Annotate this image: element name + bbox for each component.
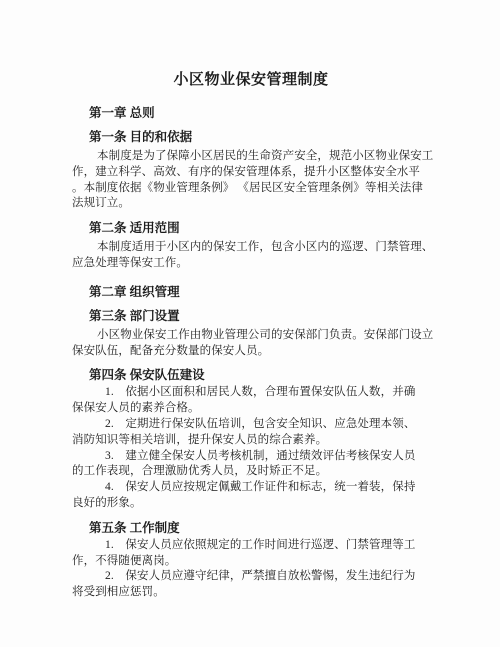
list-item: 4. 保安人员应按规定佩戴工作证件和标志，统一着装，保持 良好的形象。 xyxy=(72,480,430,512)
chapter-2-heading: 第二章 组织管理 xyxy=(89,284,430,300)
article-1-heading: 第一条 目的和依据 xyxy=(89,129,430,145)
list-item: 1. 保安人员应依照规定的工作时间进行巡逻、门禁管理等工 作，不得随便离岗。 xyxy=(72,538,430,570)
article-2-body: 本制度适用于小区内的保安工作，包含小区内的巡逻、门禁管理、 应急处理等保安工作。 xyxy=(72,240,430,272)
list-item: 3. 建立健全保安人员考核机制，通过绩效评估考核保安人员 的工作表现，合理激励优… xyxy=(72,449,430,481)
document-title: 小区物业保安管理制度 xyxy=(72,70,430,91)
document-page: 小区物业保安管理制度 第一章 总则 第一条 目的和依据 本制度是为了保障小区居民… xyxy=(0,0,500,647)
article-5-heading: 第五条 工作制度 xyxy=(89,520,430,536)
list-item: 2. 保安人员应遵守纪律，严禁擅自放松警惕，发生违纪行为 将受到相应惩罚。 xyxy=(72,569,430,601)
article-5-item-list: 1. 保安人员应依照规定的工作时间进行巡逻、门禁管理等工 作，不得随便离岗。 2… xyxy=(72,538,430,601)
article-3-body: 小区物业保安工作由物业管理公司的安保部门负责。安保部门设立 保安队伍，配备充分数… xyxy=(72,328,430,360)
article-2-heading: 第二条 适用范围 xyxy=(89,220,430,236)
chapter-1-heading: 第一章 总则 xyxy=(89,105,430,121)
article-3-heading: 第三条 部门设置 xyxy=(89,308,430,324)
list-item: 1. 依据小区面积和居民人数，合理布置保安队伍人数，并确 保保安人员的素养合格。 xyxy=(72,385,430,417)
article-4-item-list: 1. 依据小区面积和居民人数，合理布置保安队伍人数，并确 保保安人员的素养合格。… xyxy=(72,385,430,511)
article-1-body: 本制度是为了保障小区居民的生命资产安全，规范小区物业保安工 作，建立科学、高效、… xyxy=(72,149,430,212)
list-item: 2. 定期进行保安队伍培训，包含安全知识、应急处理本领、 消防知识等相关培训，提… xyxy=(72,417,430,449)
article-4-heading: 第四条 保安队伍建设 xyxy=(89,367,430,383)
